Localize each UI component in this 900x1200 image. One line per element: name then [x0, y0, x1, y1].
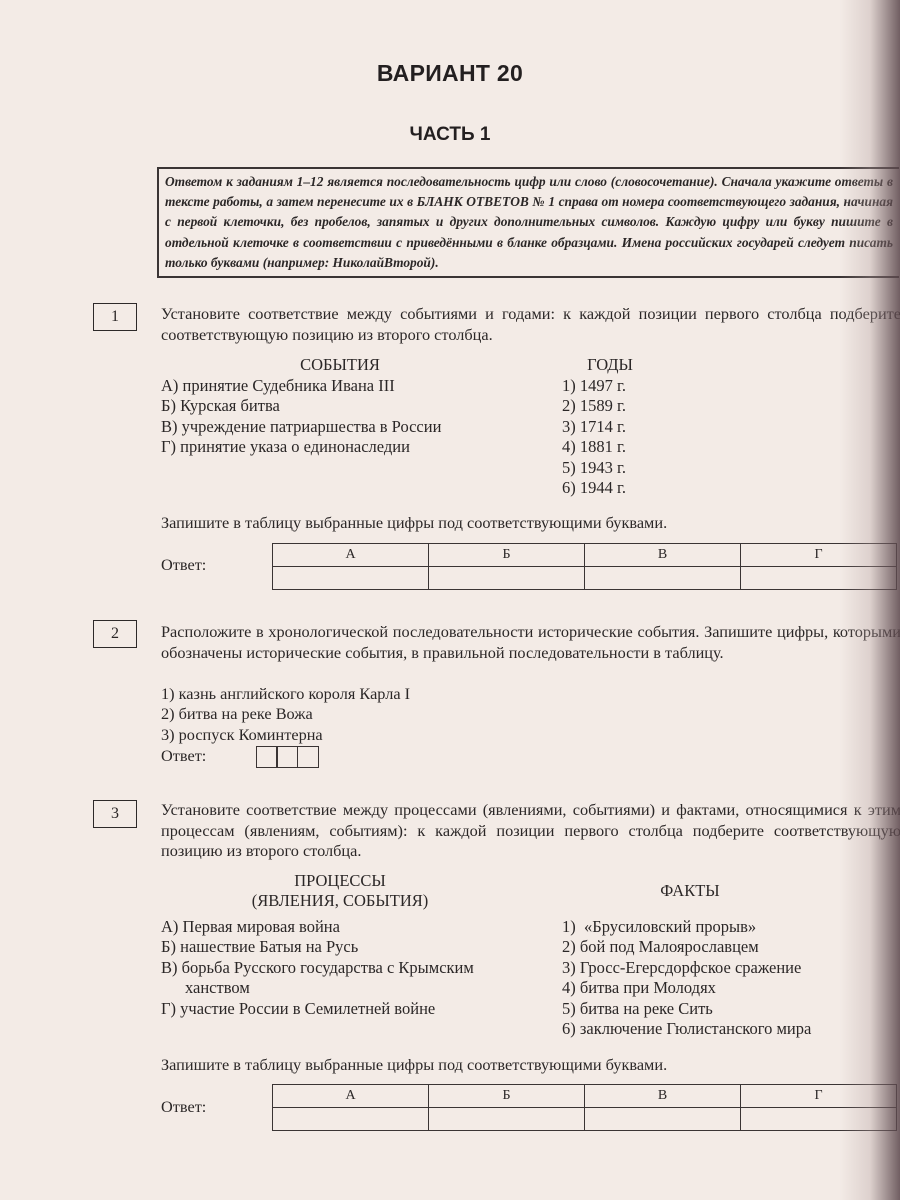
- list-item: В) учреждение патриаршества в России: [161, 417, 441, 437]
- list-item: 2) бой под Малоярославцем: [562, 937, 811, 957]
- list-item: 3) Гросс-Егерсдорфское сражение: [562, 958, 811, 978]
- list-item: Г) принятие указа о единонаследии: [161, 437, 441, 457]
- task-3-answer-label: Ответ:: [161, 1097, 206, 1117]
- task-3-prompt: Установите соответствие между процессами…: [161, 800, 900, 862]
- answer-column-header: Г: [741, 544, 897, 567]
- list-item: 6) заключение Гюлистанского мира: [562, 1019, 811, 1039]
- list-item: 6) 1944 г.: [562, 478, 626, 498]
- answer-cell[interactable]: [585, 1108, 741, 1131]
- list-item: 1) 1497 г.: [562, 376, 626, 396]
- answer-cell[interactable]: [256, 746, 278, 768]
- task-2-answer-cells: [257, 746, 319, 768]
- list-item: Г) участие России в Семилетней войне: [161, 999, 521, 1019]
- part-title: ЧАСТЬ 1: [0, 124, 900, 146]
- task-1-table-instruction: Запишите в таблицу выбранные цифры под с…: [161, 513, 900, 534]
- list-item: 2) битва на реке Вожа: [161, 704, 410, 724]
- task-1-right-header: ГОДЫ: [560, 355, 660, 375]
- answer-column-header: Б: [429, 544, 585, 567]
- task-2-number: 2: [93, 620, 137, 648]
- task-1-events-list: А) принятие Судебника Ивана III Б) Курск…: [161, 376, 441, 458]
- answer-column-header: А: [273, 544, 429, 567]
- task-3-processes-list: А) Первая мировая война Б) нашествие Бат…: [161, 917, 521, 1019]
- task-1-answer-table: А Б В Г: [272, 543, 897, 590]
- task-2-prompt: Расположите в хронологической последоват…: [161, 622, 900, 663]
- list-item: 2) 1589 г.: [562, 396, 626, 416]
- task-1-number: 1: [93, 303, 137, 331]
- task-1-years-list: 1) 1497 г. 2) 1589 г. 3) 1714 г. 4) 1881…: [562, 376, 626, 498]
- answer-cell[interactable]: [297, 746, 319, 768]
- answer-column-header: В: [585, 1085, 741, 1108]
- task-2-events-list: 1) казнь английского короля Карла I 2) б…: [161, 684, 410, 745]
- task-3-left-header-line2: (ЯВЛЕНИЯ, СОБЫТИЯ): [230, 891, 450, 911]
- task-3-left-header-line1: ПРОЦЕССЫ: [230, 871, 450, 891]
- list-item: 5) 1943 г.: [562, 458, 626, 478]
- answer-column-header: В: [585, 544, 741, 567]
- list-item: В) борьба Русского государства с Крымски…: [161, 958, 485, 999]
- list-item: 3) 1714 г.: [562, 417, 626, 437]
- answer-cell[interactable]: [429, 567, 585, 590]
- list-item: 5) битва на реке Сить: [562, 999, 811, 1019]
- task-3-right-header: ФАКТЫ: [640, 881, 740, 901]
- list-item: 1) казнь английского короля Карла I: [161, 684, 410, 704]
- answer-cell[interactable]: [741, 1108, 897, 1131]
- list-item: А) Первая мировая война: [161, 917, 521, 937]
- task-1-prompt: Установите соответствие между событиями …: [161, 304, 900, 345]
- list-item: Б) Курская битва: [161, 396, 441, 416]
- answer-cell[interactable]: [273, 567, 429, 590]
- answer-column-header: А: [273, 1085, 429, 1108]
- answer-column-header: Г: [741, 1085, 897, 1108]
- instructions-box: Ответом к заданиям 1–12 является последо…: [157, 167, 899, 278]
- task-3-answer-table: А Б В Г: [272, 1084, 897, 1131]
- list-item: 1) «Брусиловский прорыв»: [562, 917, 811, 937]
- list-item: 3) роспуск Коминтерна: [161, 725, 410, 745]
- task-3-table-instruction: Запишите в таблицу выбранные цифры под с…: [161, 1055, 900, 1076]
- task-3-facts-list: 1) «Брусиловский прорыв» 2) бой под Мало…: [562, 917, 811, 1039]
- task-2-answer-label: Ответ:: [161, 746, 206, 766]
- task-3-number: 3: [93, 800, 137, 828]
- answer-column-header: Б: [429, 1085, 585, 1108]
- answer-cell[interactable]: [273, 1108, 429, 1131]
- task-1-answer-label: Ответ:: [161, 555, 206, 575]
- answer-cell[interactable]: [741, 567, 897, 590]
- list-item: Б) нашествие Батыя на Русь: [161, 937, 521, 957]
- task-1-left-header: СОБЫТИЯ: [240, 355, 440, 375]
- answer-cell[interactable]: [429, 1108, 585, 1131]
- variant-title: ВАРИАНТ 20: [0, 60, 900, 87]
- answer-cell[interactable]: [276, 746, 298, 768]
- list-item: А) принятие Судебника Ивана III: [161, 376, 441, 396]
- answer-cell[interactable]: [585, 567, 741, 590]
- list-item: 4) 1881 г.: [562, 437, 626, 457]
- list-item: 4) битва при Молодях: [562, 978, 811, 998]
